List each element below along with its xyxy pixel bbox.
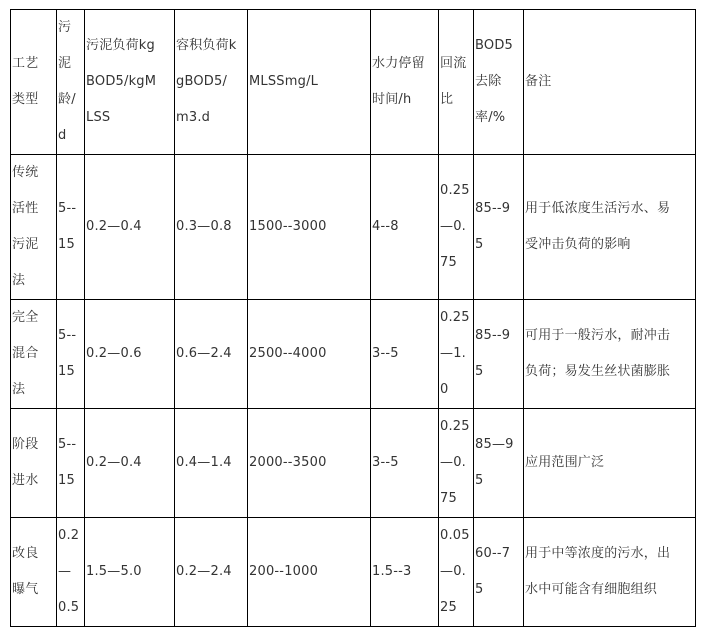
cell-hrt: 4--8 (371, 155, 439, 300)
cell-return-ratio: 0.25 —0. 75 (439, 155, 474, 300)
cell-return-ratio: 0.25 —0. 75 (439, 409, 474, 518)
cell-process: 改良 曝气 (11, 518, 57, 627)
header-return-ratio: 回流 比 (439, 10, 474, 155)
cell-return-ratio: 0.05 —0. 25 (439, 518, 474, 627)
table-row: 改良 曝气 0.2 — 0.5 1.5—5.0 0.2—2.4 200--100… (11, 518, 696, 627)
header-note: 备注 (524, 10, 696, 155)
cell-hrt: 3--5 (371, 409, 439, 518)
cell-hrt: 3--5 (371, 300, 439, 409)
cell-sludge-load: 0.2—0.4 (85, 409, 175, 518)
activated-sludge-process-table: 工艺 类型 污 泥 龄/ d 污泥负荷kg BOD5/kgM LSS 容积负荷k… (10, 9, 696, 627)
cell-volume-load: 0.3—0.8 (175, 155, 248, 300)
header-process-type: 工艺 类型 (11, 10, 57, 155)
header-mlss: MLSSmg/L (248, 10, 371, 155)
header-hrt: 水力停留 时间/h (371, 10, 439, 155)
header-sludge-age: 污 泥 龄/ d (57, 10, 85, 155)
cell-process: 阶段 进水 (11, 409, 57, 518)
cell-sludge-age: 5-- 15 (57, 300, 85, 409)
table-header-row: 工艺 类型 污 泥 龄/ d 污泥负荷kg BOD5/kgM LSS 容积负荷k… (11, 10, 696, 155)
cell-volume-load: 0.4—1.4 (175, 409, 248, 518)
cell-bod-removal: 85--9 5 (474, 155, 524, 300)
table-row: 阶段 进水 5-- 15 0.2—0.4 0.4—1.4 2000--3500 … (11, 409, 696, 518)
header-bod-removal: BOD5 去除 率/% (474, 10, 524, 155)
cell-sludge-load: 0.2—0.6 (85, 300, 175, 409)
cell-sludge-load: 1.5—5.0 (85, 518, 175, 627)
cell-process: 传统 活性 污泥 法 (11, 155, 57, 300)
cell-mlss: 200--1000 (248, 518, 371, 627)
cell-mlss: 1500--3000 (248, 155, 371, 300)
cell-note: 可用于一般污水，耐冲击 负荷；易发生丝状菌膨胀 (524, 300, 696, 409)
cell-return-ratio: 0.25 —1. 0 (439, 300, 474, 409)
cell-bod-removal: 85—9 5 (474, 409, 524, 518)
cell-hrt: 1.5--3 (371, 518, 439, 627)
cell-note: 应用范围广泛 (524, 409, 696, 518)
cell-sludge-load: 0.2—0.4 (85, 155, 175, 300)
cell-volume-load: 0.6—2.4 (175, 300, 248, 409)
cell-note: 用于低浓度生活污水、易 受冲击负荷的影响 (524, 155, 696, 300)
cell-mlss: 2500--4000 (248, 300, 371, 409)
cell-process: 完全 混合 法 (11, 300, 57, 409)
cell-mlss: 2000--3500 (248, 409, 371, 518)
cell-volume-load: 0.2—2.4 (175, 518, 248, 627)
header-sludge-load: 污泥负荷kg BOD5/kgM LSS (85, 10, 175, 155)
cell-sludge-age: 5-- 15 (57, 155, 85, 300)
cell-sludge-age: 0.2 — 0.5 (57, 518, 85, 627)
header-volume-load: 容积负荷k gBOD5/ m3.d (175, 10, 248, 155)
cell-note: 用于中等浓度的污水，出 水中可能含有细胞组织 (524, 518, 696, 627)
table-row: 完全 混合 法 5-- 15 0.2—0.6 0.6—2.4 2500--400… (11, 300, 696, 409)
cell-bod-removal: 60--7 5 (474, 518, 524, 627)
cell-sludge-age: 5-- 15 (57, 409, 85, 518)
cell-bod-removal: 85--9 5 (474, 300, 524, 409)
table-row: 传统 活性 污泥 法 5-- 15 0.2—0.4 0.3—0.8 1500--… (11, 155, 696, 300)
